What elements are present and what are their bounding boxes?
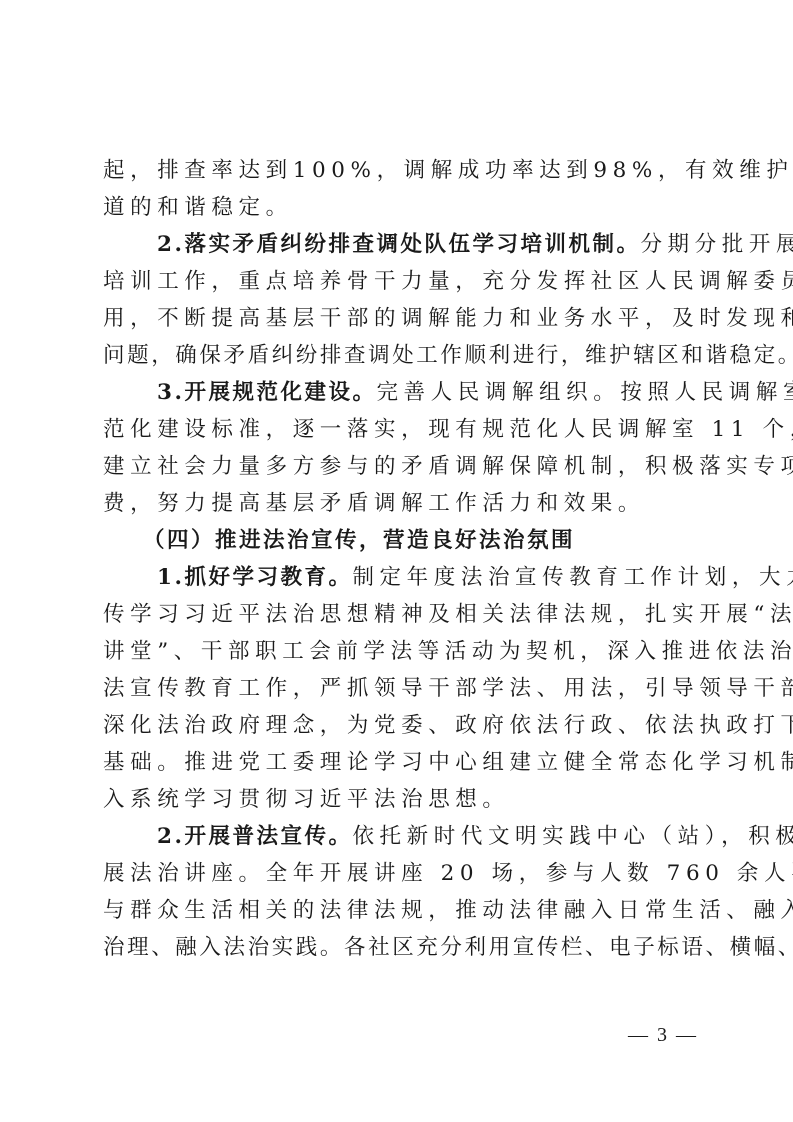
item-text: 分期分批开展: [640, 232, 793, 257]
paragraph-line: 入系统学习贯彻习近平法治思想。: [103, 781, 693, 818]
paragraph-line: 2.落实矛盾纠纷排查调处队伍学习培训机制。分期分批开展: [103, 226, 693, 263]
paragraph-line: 培训工作，重点培养骨干力量，充分发挥社区人民调解委员会作: [103, 263, 693, 300]
section-heading: （四）推进法治宣传，营造良好法治氛围: [103, 522, 693, 559]
item-text: 依托新时代文明实践中心（站），积极开: [352, 824, 793, 849]
item-heading: 2.开展普法宣传。: [157, 824, 352, 849]
paragraph-line: 基础。推进党工委理论学习中心组建立健全常态化学习机制，深: [103, 744, 693, 781]
paragraph-line: 法宣传教育工作，严抓领导干部学法、用法，引导领导干部不断: [103, 670, 693, 707]
item-heading: 2.落实矛盾纠纷排查调处队伍学习培训机制。: [157, 232, 640, 257]
item-text: 完善人民调解组织。按照人民调解室规: [376, 380, 793, 405]
item-heading: 1.抓好学习教育。: [157, 565, 352, 590]
paragraph-line: 问题，确保矛盾纠纷排查调处工作顺利进行，维护辖区和谐稳定。: [103, 337, 693, 374]
paragraph-line: 用，不断提高基层干部的调解能力和业务水平，及时发现和处理: [103, 300, 693, 337]
paragraph-line: 起，排查率达到100%，调解成功率达到98%，有效维护了新钢街: [103, 152, 693, 189]
item-text: 制定年度法治宣传教育工作计划，大力宣: [352, 565, 793, 590]
paragraph-line: 传学习习近平法治思想精神及相关法律法规，扎实开展“法治大: [103, 596, 693, 633]
document-body: 起，排查率达到100%，调解成功率达到98%，有效维护了新钢街 道的和谐稳定。 …: [103, 152, 693, 966]
paragraph-line: 展法治讲座。全年开展讲座 20 场，参与人数 760 余人次，宣传: [103, 855, 693, 892]
paragraph-line: 讲堂”、干部职工会前学法等活动为契机，深入推进依法治理普: [103, 633, 693, 670]
paragraph-line: 道的和谐稳定。: [103, 189, 693, 226]
paragraph-line: 3.开展规范化建设。完善人民调解组织。按照人民调解室规: [103, 374, 693, 411]
item-heading: 3.开展规范化建设。: [157, 380, 376, 405]
paragraph-line: 1.抓好学习教育。制定年度法治宣传教育工作计划，大力宣: [103, 559, 693, 596]
paragraph-line: 2.开展普法宣传。依托新时代文明实践中心（站），积极开: [103, 818, 693, 855]
paragraph-line: 深化法治政府理念，为党委、政府依法行政、依法执政打下坚实: [103, 707, 693, 744]
paragraph-line: 费，努力提高基层矛盾调解工作活力和效果。: [103, 485, 693, 522]
paragraph-line: 与群众生活相关的法律法规，推动法律融入日常生活、融入基层: [103, 892, 693, 929]
page-number: — 3 —: [628, 1024, 698, 1047]
paragraph-line: 建立社会力量多方参与的矛盾调解保障机制，积极落实专项经: [103, 448, 693, 485]
paragraph-line: 治理、融入法治实践。各社区充分利用宣传栏、电子标语、横幅、: [103, 929, 693, 966]
paragraph-line: 范化建设标准，逐一落实，现有规范化人民调解室 11 个，同时: [103, 411, 693, 448]
